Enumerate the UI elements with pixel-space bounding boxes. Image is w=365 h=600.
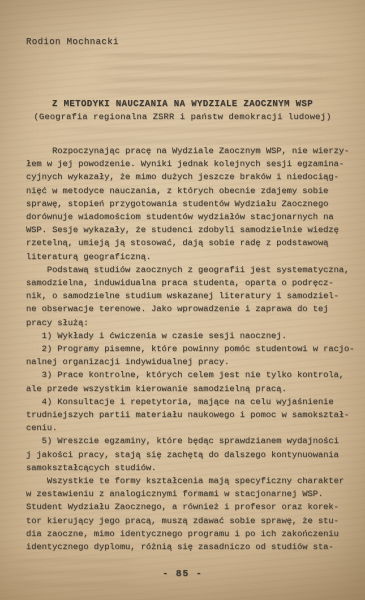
document-title: Z METODYKI NAUCZANIA NA WYDZIALE ZAOCZNY… (0, 99, 365, 109)
paragraph-closing: Wszystkie te formy kształcenia mają spec… (26, 475, 362, 554)
bleed-through-texture (92, 53, 348, 100)
paragraph-intro: Rozpoczynając pracę na Wydziale Zaocznym… (26, 145, 362, 264)
list-item-4: 4) Konsultacje i repetytoria, mające na … (26, 396, 362, 436)
document-subtitle: (Geografia regionalna ZSRR i państw demo… (0, 112, 365, 122)
list-item-2: 2) Programy pisemne, które powinny pomóc… (26, 343, 362, 369)
list-item-3: 3) Prace kontrolne, których celem jest n… (26, 369, 362, 395)
list-item-1: 1) Wykłady i ćwiczenia w czasie sesji na… (26, 330, 362, 343)
list-item-5: 5) Wreszcie egzaminy, które będąc sprawd… (26, 435, 362, 475)
title-block: Z METODYKI NAUCZANIA NA WYDZIALE ZAOCZNY… (0, 99, 365, 122)
document-page: Rodion Mochnacki Z METODYKI NAUCZANIA NA… (0, 0, 365, 600)
author-name: Rodion Mochnacki (26, 37, 119, 47)
document-body: Rozpoczynając pracę na Wydziale Zaocznym… (26, 145, 362, 554)
paragraph-basis: Podstawą studiów zaocznych z geografii j… (26, 264, 362, 330)
page-number: - 85 - (0, 568, 365, 579)
